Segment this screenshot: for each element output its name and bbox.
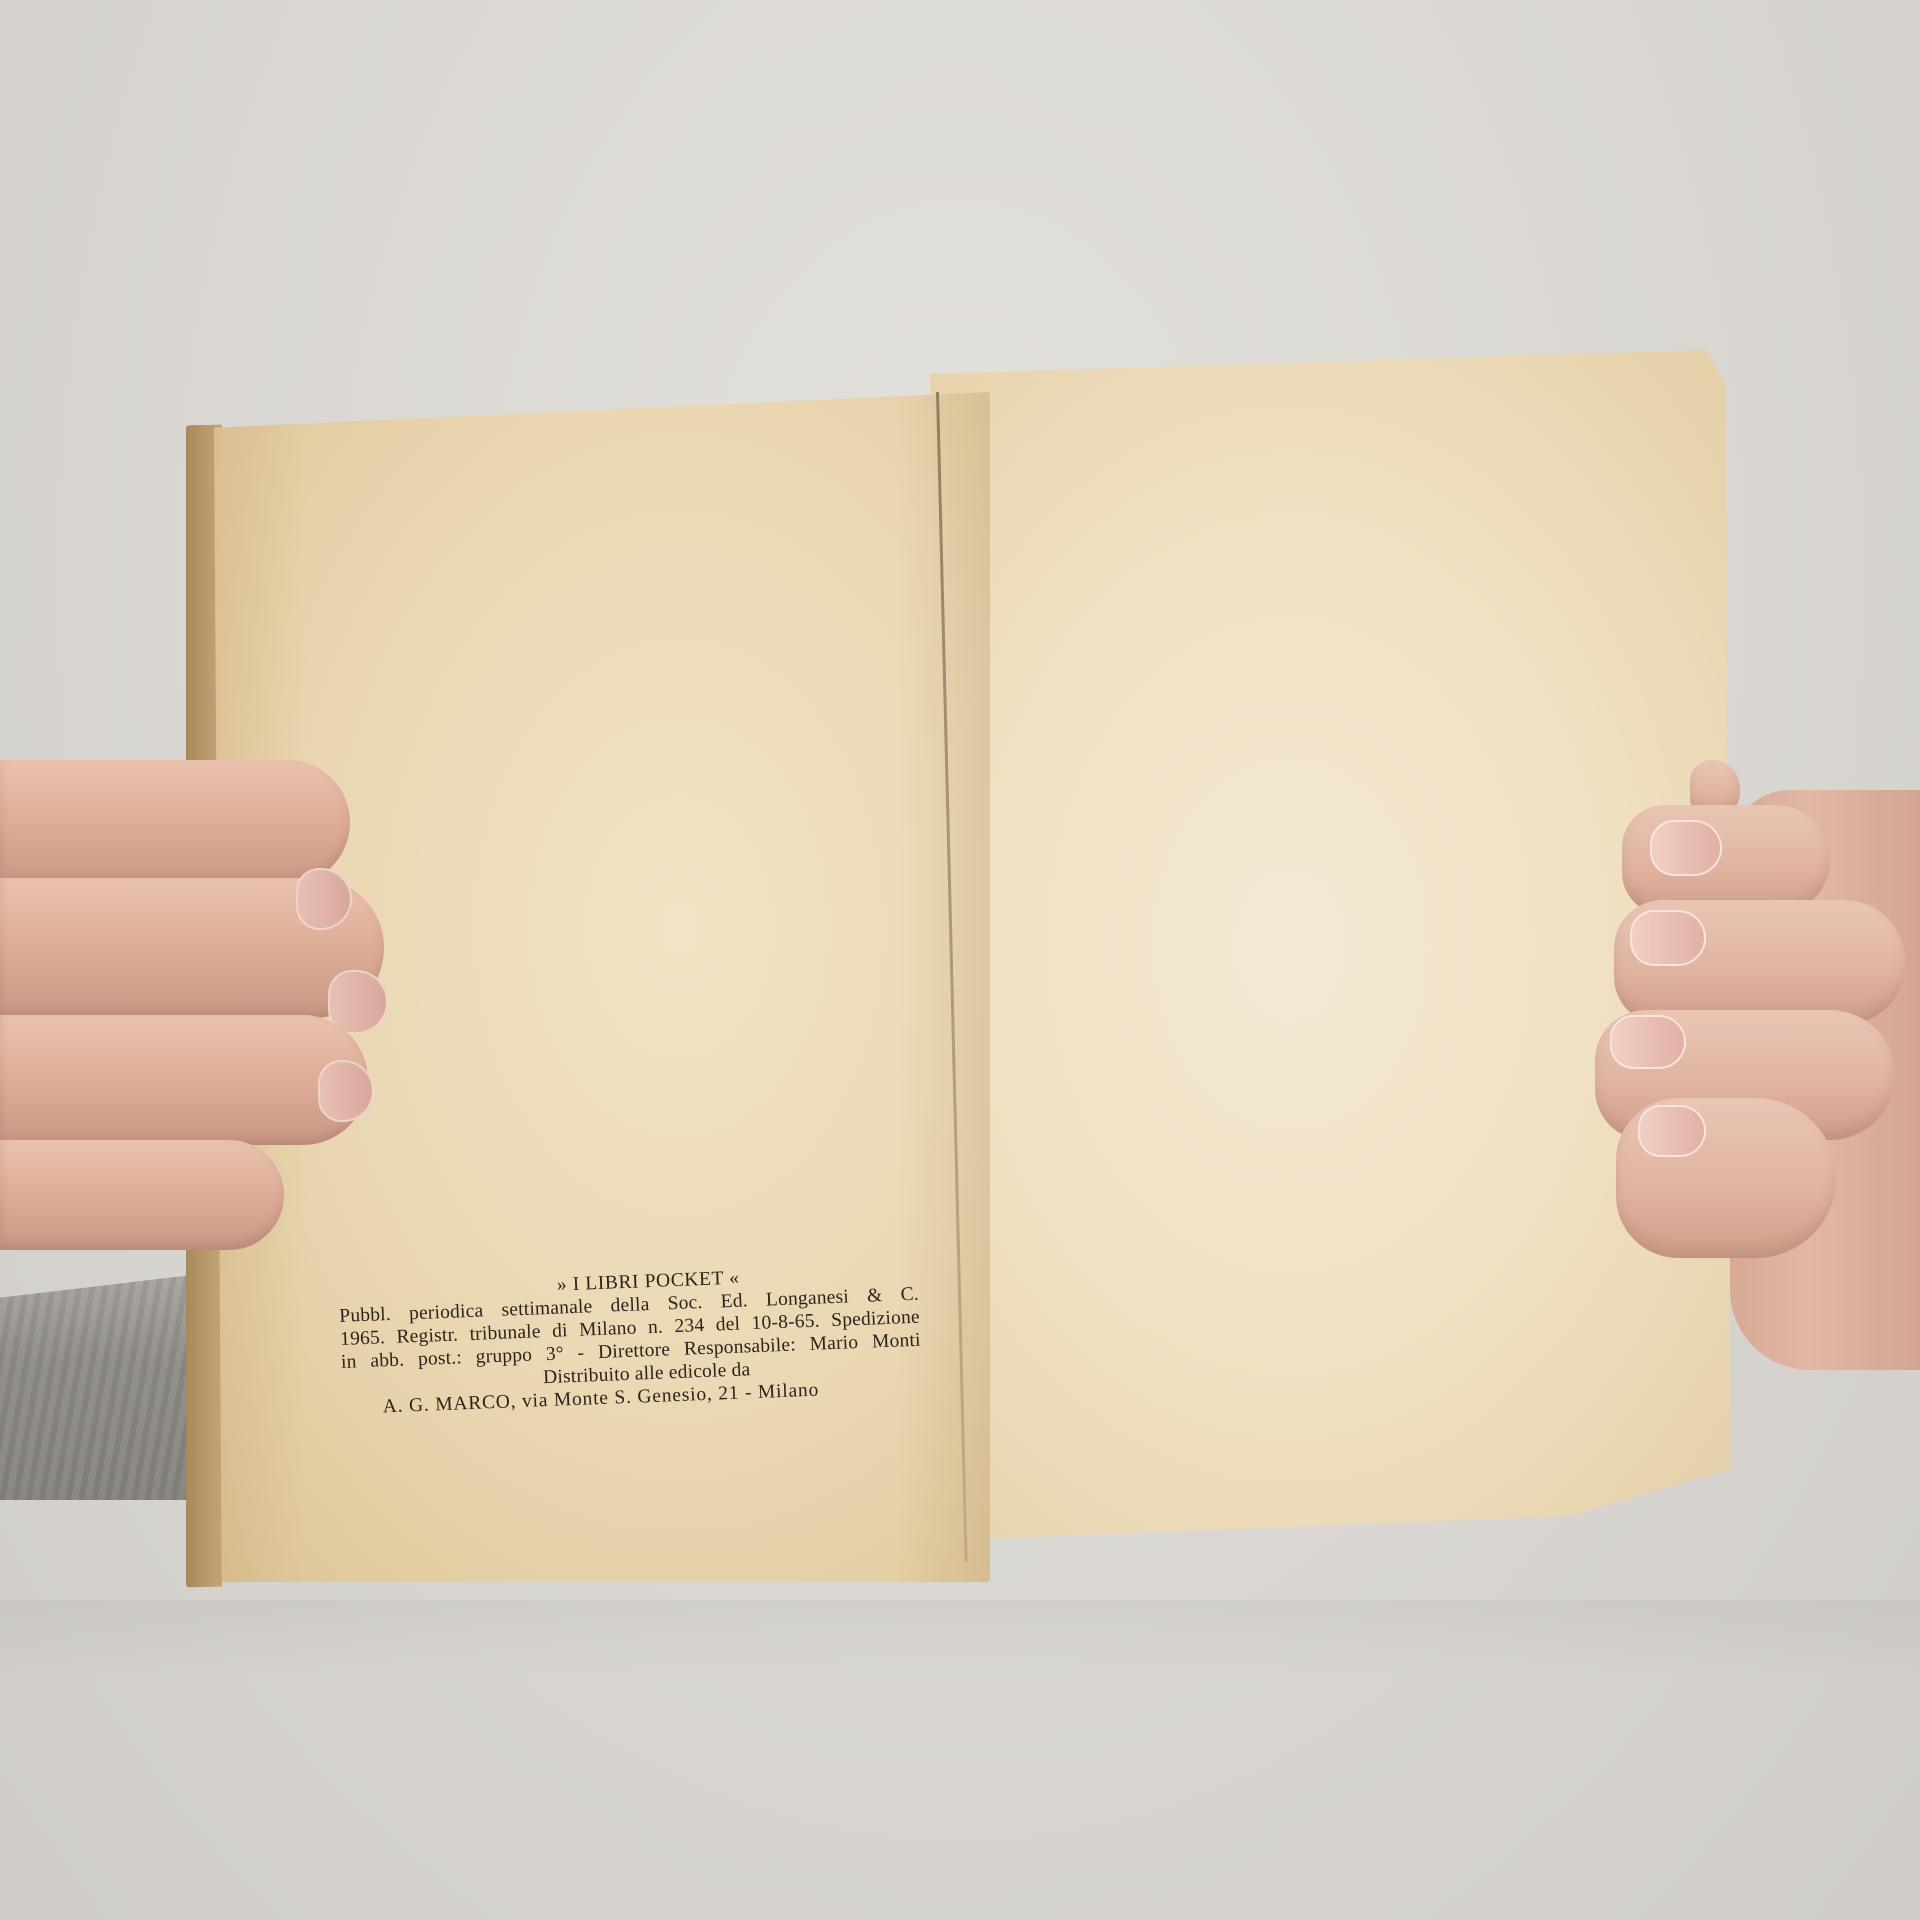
right-ring-fingernail (1610, 1015, 1686, 1069)
left-pinky-finger (0, 1140, 284, 1250)
right-index-fingernail (1650, 820, 1722, 876)
right-pinky-fingernail (1638, 1105, 1706, 1157)
book-right-page (930, 350, 1730, 1540)
colophon-text-block: » I LIBRI POCKET « Pubbl. periodica sett… (338, 1260, 923, 1420)
left-ring-finger (0, 1015, 368, 1145)
table-surface (0, 1600, 1920, 1680)
left-index-finger (0, 760, 350, 885)
right-middle-fingernail (1630, 910, 1706, 966)
